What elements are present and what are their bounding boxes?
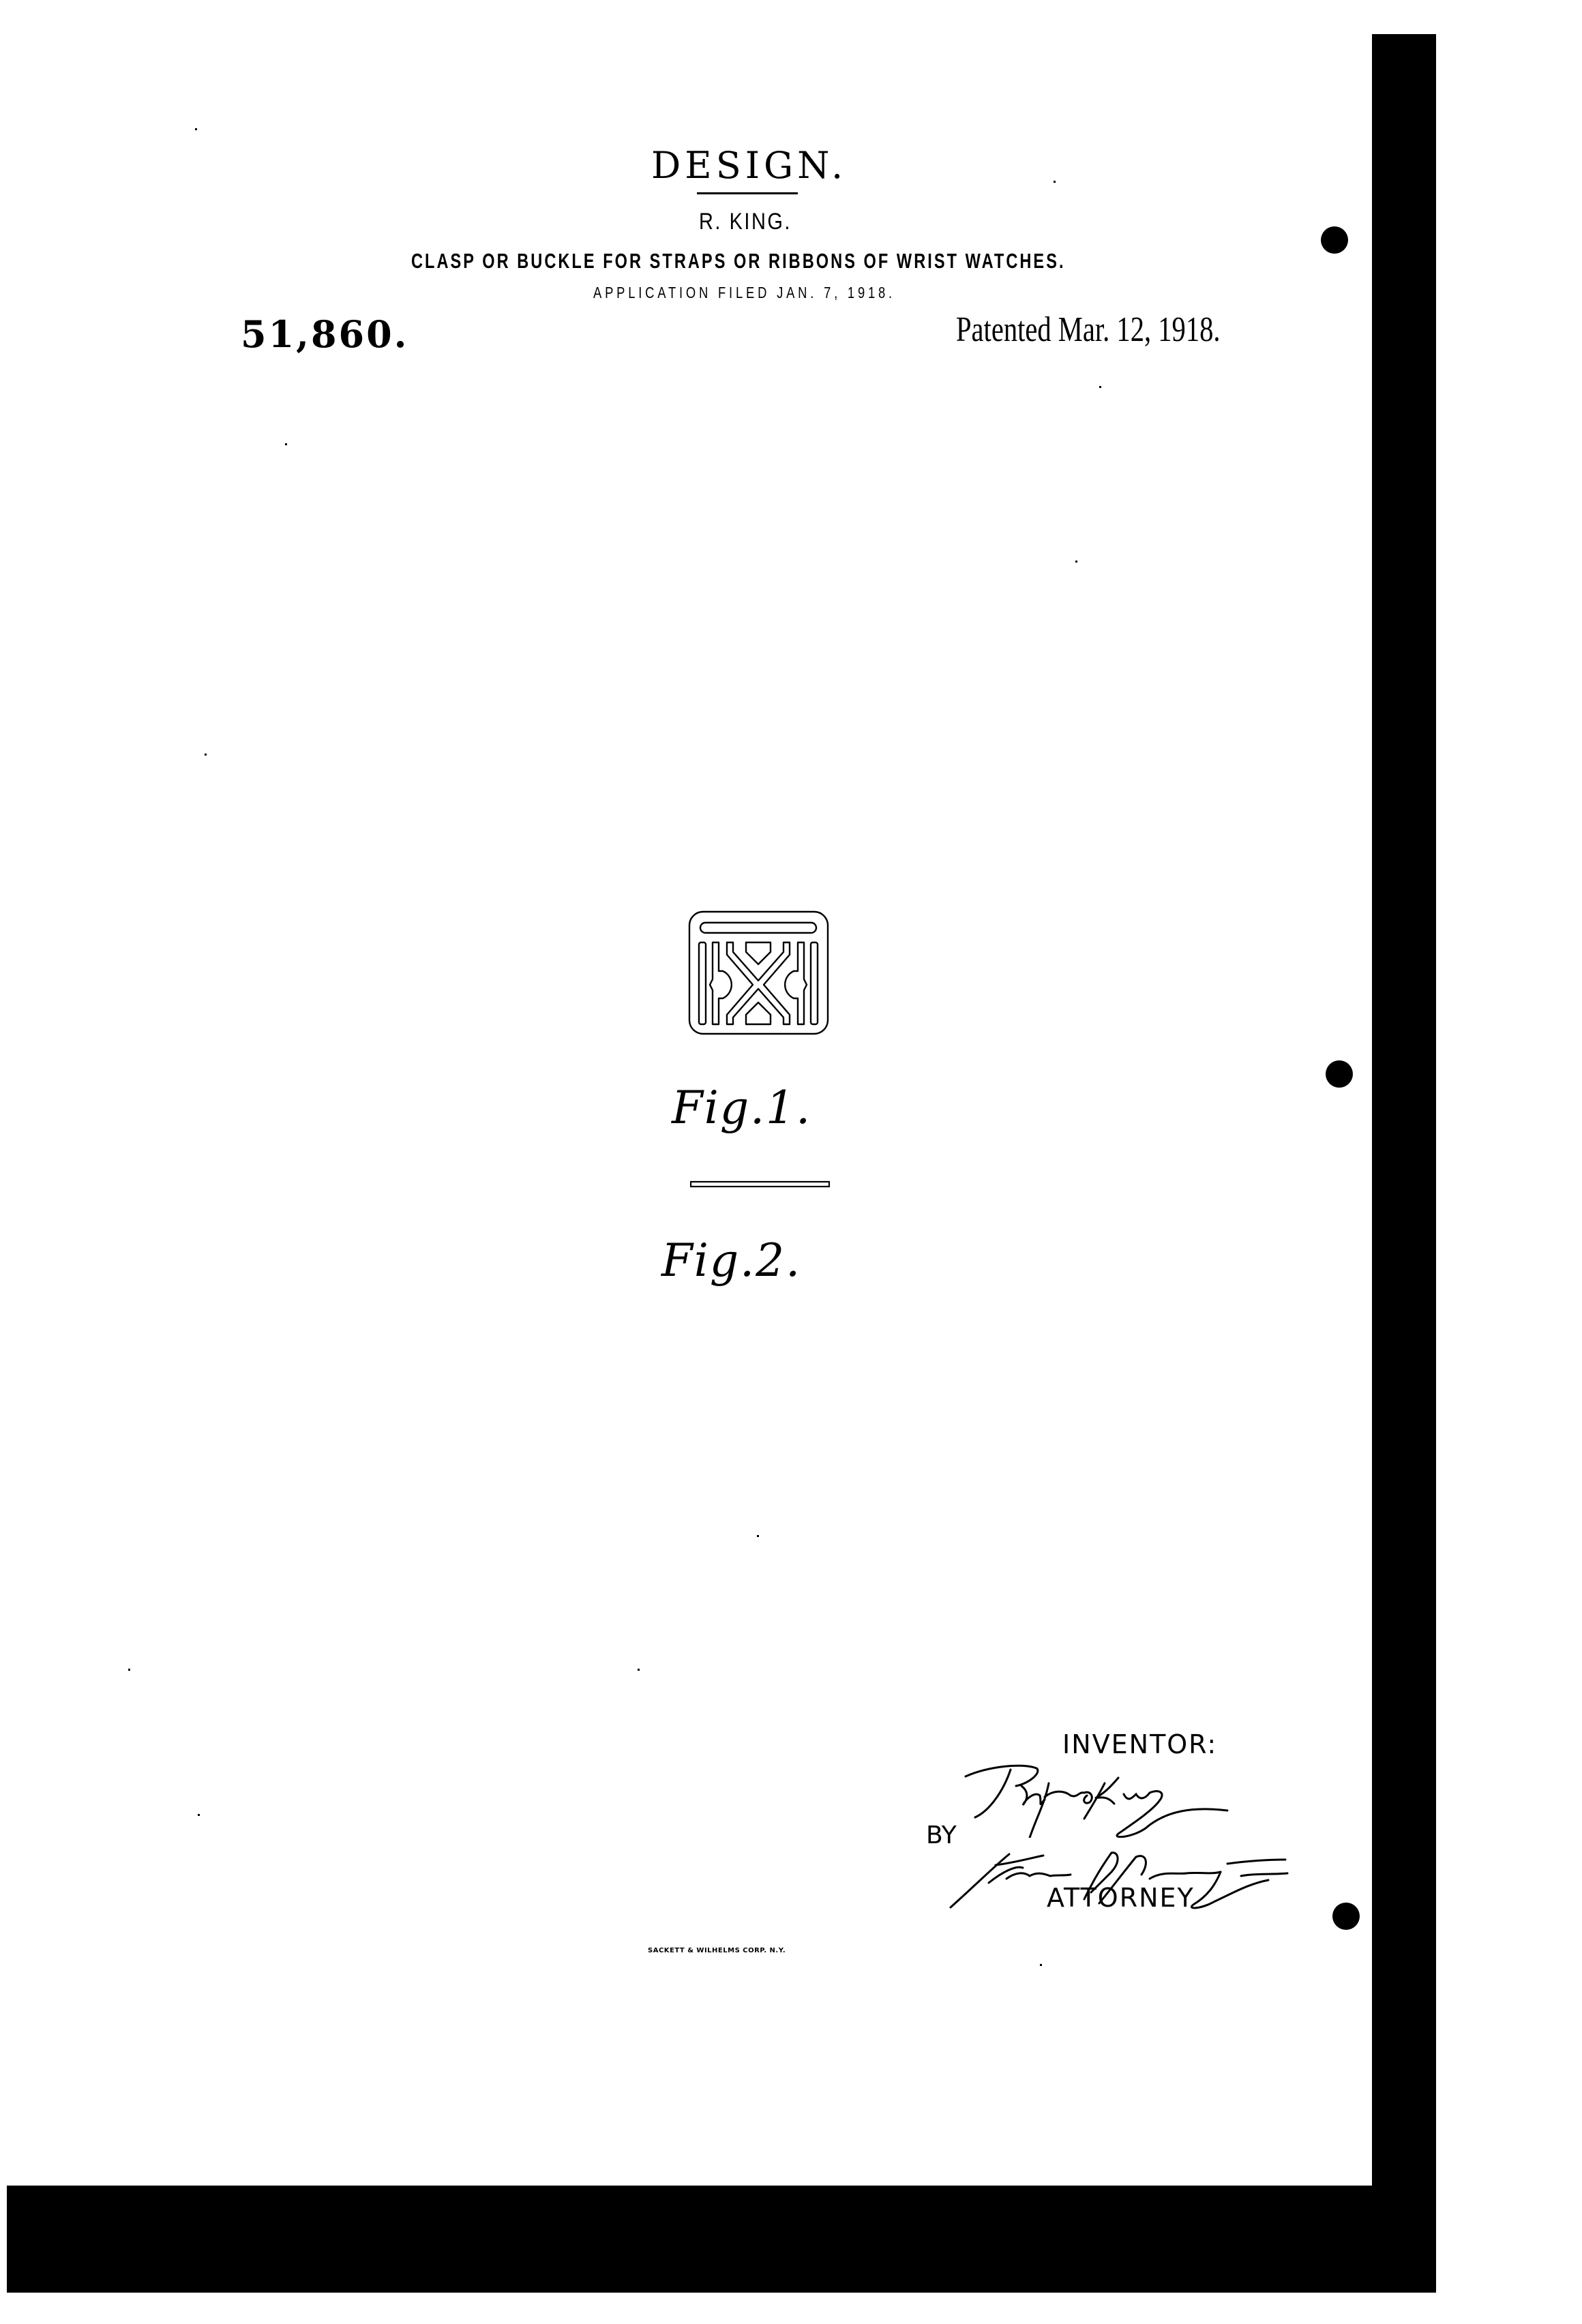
buckle-front-view-icon	[687, 910, 831, 1037]
inventor-signature	[961, 1763, 1248, 1838]
document-type-heading: DESIGN.	[651, 147, 839, 184]
scan-speck	[1075, 561, 1077, 563]
scan-speck	[195, 128, 197, 130]
application-filed-date: APPLICATION FILED JAN. 7, 1918.	[593, 284, 899, 301]
patent-date: Patented Mar. 12, 1918.	[956, 311, 1221, 349]
scan-border-right	[1372, 34, 1436, 2293]
scan-speck	[757, 1535, 759, 1537]
scan-speck	[285, 443, 287, 445]
attorney-caption: ATTORNEY	[1047, 1882, 1195, 1913]
figure-1-label: Fig.1.	[672, 1082, 829, 1136]
figure-2-label: Fig.2.	[661, 1234, 832, 1290]
scan-speck	[205, 754, 207, 756]
scan-speck	[1040, 1964, 1042, 1966]
punch-hole-icon	[1326, 1060, 1353, 1088]
scan-speck	[1099, 386, 1101, 388]
scan-speck	[198, 1814, 200, 1816]
buckle-edge-view-icon	[690, 1180, 830, 1189]
scan-speck	[128, 1669, 130, 1671]
patent-number: 51,860.	[241, 314, 408, 355]
heading-divider	[697, 192, 798, 194]
scan-speck	[1054, 181, 1056, 183]
punch-hole-icon	[1332, 1903, 1360, 1930]
scan-border-bottom	[7, 2186, 1436, 2293]
printer-mark: SACKETT & WILHELMS CORP. N.Y.	[648, 1947, 786, 1955]
inventor-name: R. KING.	[699, 209, 783, 235]
patent-title: CLASP OR BUCKLE FOR STRAPS OR RIBBONS OF…	[411, 250, 929, 273]
punch-hole-icon	[1321, 226, 1348, 254]
inventor-caption: INVENTOR:	[1062, 1729, 1217, 1759]
scan-speck	[638, 1669, 640, 1671]
